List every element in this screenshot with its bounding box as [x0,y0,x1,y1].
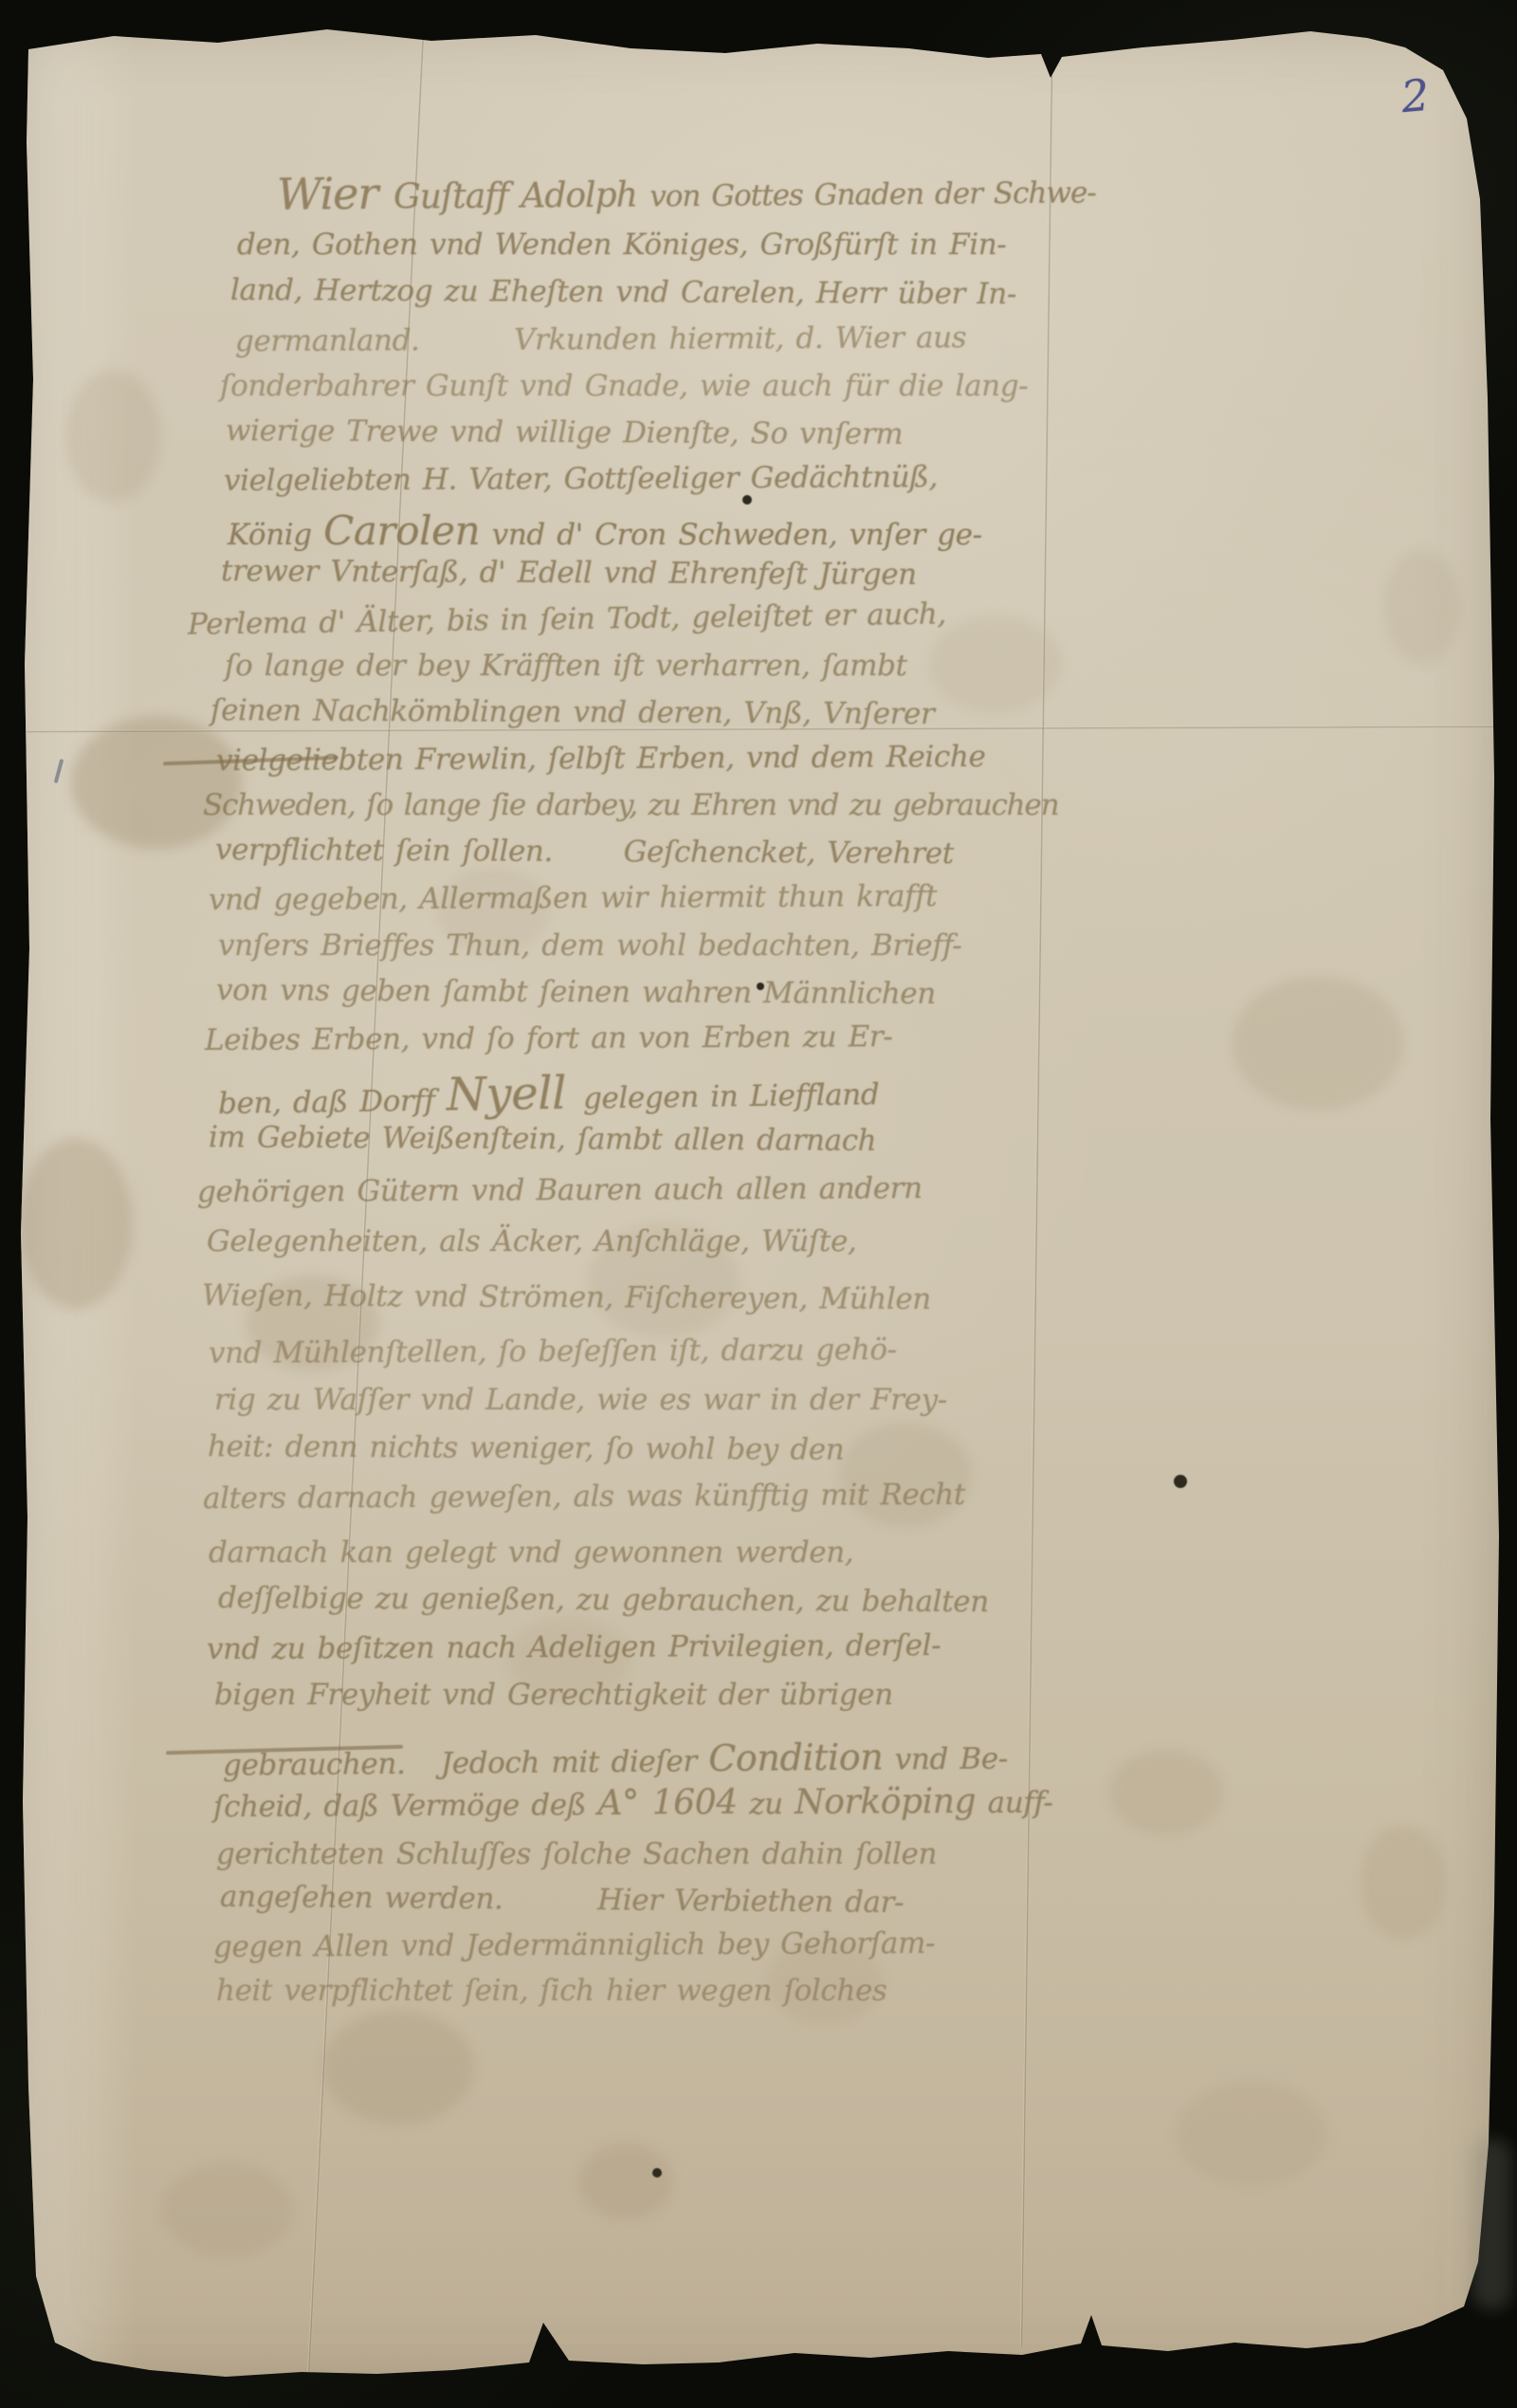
manuscript-line: gegen Allen vnd Jedermänniglich bey Geho… [213,1929,935,1962]
manuscript-line: ſonderbahrer Gunſt vnd Gnade, wie auch f… [220,372,1028,401]
manuscript-word-group: gebrauchen. Jedoch mit dieſer [223,1744,709,1782]
manuscript-word-group: auff- [976,1786,1052,1820]
manuscript-line: angeſehen werden. Hier Verbiethen dar- [220,1883,904,1918]
manuscript-line: vielgeliebten Frewlin, ſelbſt Erben, vnd… [216,743,986,776]
manuscript-line: Gelegenheiten, als Äcker, Anſchläge, Wüſ… [207,1227,856,1257]
manuscript-line: Schweden, ſo lange ſie darbey, zu Ehren … [203,791,1058,820]
manuscript-line: Wier Guſtaff Adolph von Gottes Gnaden de… [277,165,1096,216]
manuscript-line: Wieſen, Holtz vnd Strömen, Fiſchereyen, … [202,1281,931,1314]
manuscript-word-group: König [228,518,323,552]
manuscript-line: bigen Freyheit vnd Gerechtigkeit der übr… [214,1681,893,1710]
manuscript-word-group: Nyell [447,1066,584,1121]
manuscript-line: verpflichtet ſein ſollen. Geſchencket, V… [215,836,954,869]
manuscript-word-group: gelegen in Lieffland [583,1077,880,1115]
manuscript-line: deſſelbige zu genießen, zu gebrauchen, z… [218,1584,989,1617]
manuscript-word-group: ben, daß Dorff [218,1084,447,1121]
manuscript-word-group: Carolen [323,507,480,554]
manuscript-line: vnd Mühlenſtellen, ſo beſeſſen iſt, darz… [209,1335,897,1369]
manuscript-line: ſcheid, daß Vermöge deß A° 1604 zu Norkö… [213,1785,1053,1824]
manuscript-word-group: von Gottes Gnaden der Schwe- [649,175,1096,213]
manuscript-line: germanland. Vrkunden hiermit, d. Wier au… [235,323,966,357]
page-number: 2 [1399,69,1432,122]
manuscript-word-group: zu [738,1787,795,1821]
manuscript-word-group: Wier [277,168,393,220]
manuscript-line: gebrauchen. Jedoch mit dieſer Condition … [223,1737,1008,1780]
manuscript-line: von vns geben ſambt ſeinen wahren Männli… [216,976,936,1009]
manuscript-word-group: ſcheid, daß Vermöge deß [213,1788,598,1824]
manuscript-line: vnd zu beſitzen nach Adeligen Privilegie… [207,1631,941,1664]
manuscript-line: Leibes Erben, vnd ſo fort an von Erben z… [205,1022,893,1056]
manuscript-line: gehörigen Gütern vnd Bauren auch allen a… [197,1174,923,1207]
manuscript-word-group: Norköping [795,1782,976,1822]
manuscript-word-group: Guſtaff Adolph [393,175,650,216]
manuscript-word-group: vnd Be- [883,1741,1008,1776]
manuscript-line: gerichteten Schluſſes ſolche Sachen dahi… [216,1840,937,1869]
manuscript-line: ſeinen Nachkömblingen vnd deren, Vnß, Vn… [210,696,935,729]
manuscript-line: wierige Trewe vnd willige Dienſte, So vn… [226,416,903,450]
manuscript-line: darnach kan gelegt vnd gewonnen werden, [209,1538,853,1568]
manuscript-line: ben, daß Dorff Nyell gelegen in Liefflan… [218,1066,880,1121]
manuscript-line: alters darnach geweſen, als was künfftig… [203,1480,965,1514]
manuscript-page: Wier Guſtaff Adolph von Gottes Gnaden de… [0,0,1517,2408]
backdrop-smudge [1471,2139,1511,2309]
manuscript-line: heit verpflichtet ſein, ſich hier wegen … [216,1976,886,2006]
manuscript-word-group: Condition [708,1737,883,1780]
manuscript-line: vnd gegeben, Allermaßen wir hiermit thun… [209,882,937,915]
manuscript-line: land, Hertzog zu Eheſten vnd Carelen, He… [230,276,1016,309]
manuscript-line: ſo lange der bey Kräfften iſt verharren,… [225,652,907,681]
photograph-black-backdrop: Wier Guſtaff Adolph von Gottes Gnaden de… [0,0,1517,2408]
manuscript-word-group: A° 1604 [597,1783,737,1823]
manuscript-word-group: vnd d' Cron Schweden, vnſer ge- [480,518,981,552]
manuscript-text-block: Wier Guſtaff Adolph von Gottes Gnaden de… [0,0,1517,2408]
manuscript-line: König Carolen vnd d' Cron Schweden, vnſe… [228,511,982,551]
manuscript-line: trewer Vnterſaß, d' Edell vnd Ehrenfeſt … [221,557,917,590]
manuscript-line: heit: denn nichts weniger, ſo wohl bey d… [208,1432,844,1465]
manuscript-line: rig zu Waſſer vnd Lande, wie es war in d… [214,1386,947,1415]
manuscript-line: im Gebiete Weißenſtein, ſambt allen darn… [209,1123,876,1156]
manuscript-line: vnſers Brieffes Thun, dem wohl bedachten… [218,931,961,961]
manuscript-line: vielgeliebten H. Vater, Gottſeeliger Ged… [224,463,938,496]
manuscript-line: den, Gothen vnd Wenden Königes, Großfürſ… [237,230,1006,260]
manuscript-line: Perlema d' Älter, bis in ſein Todt, gele… [188,599,946,639]
